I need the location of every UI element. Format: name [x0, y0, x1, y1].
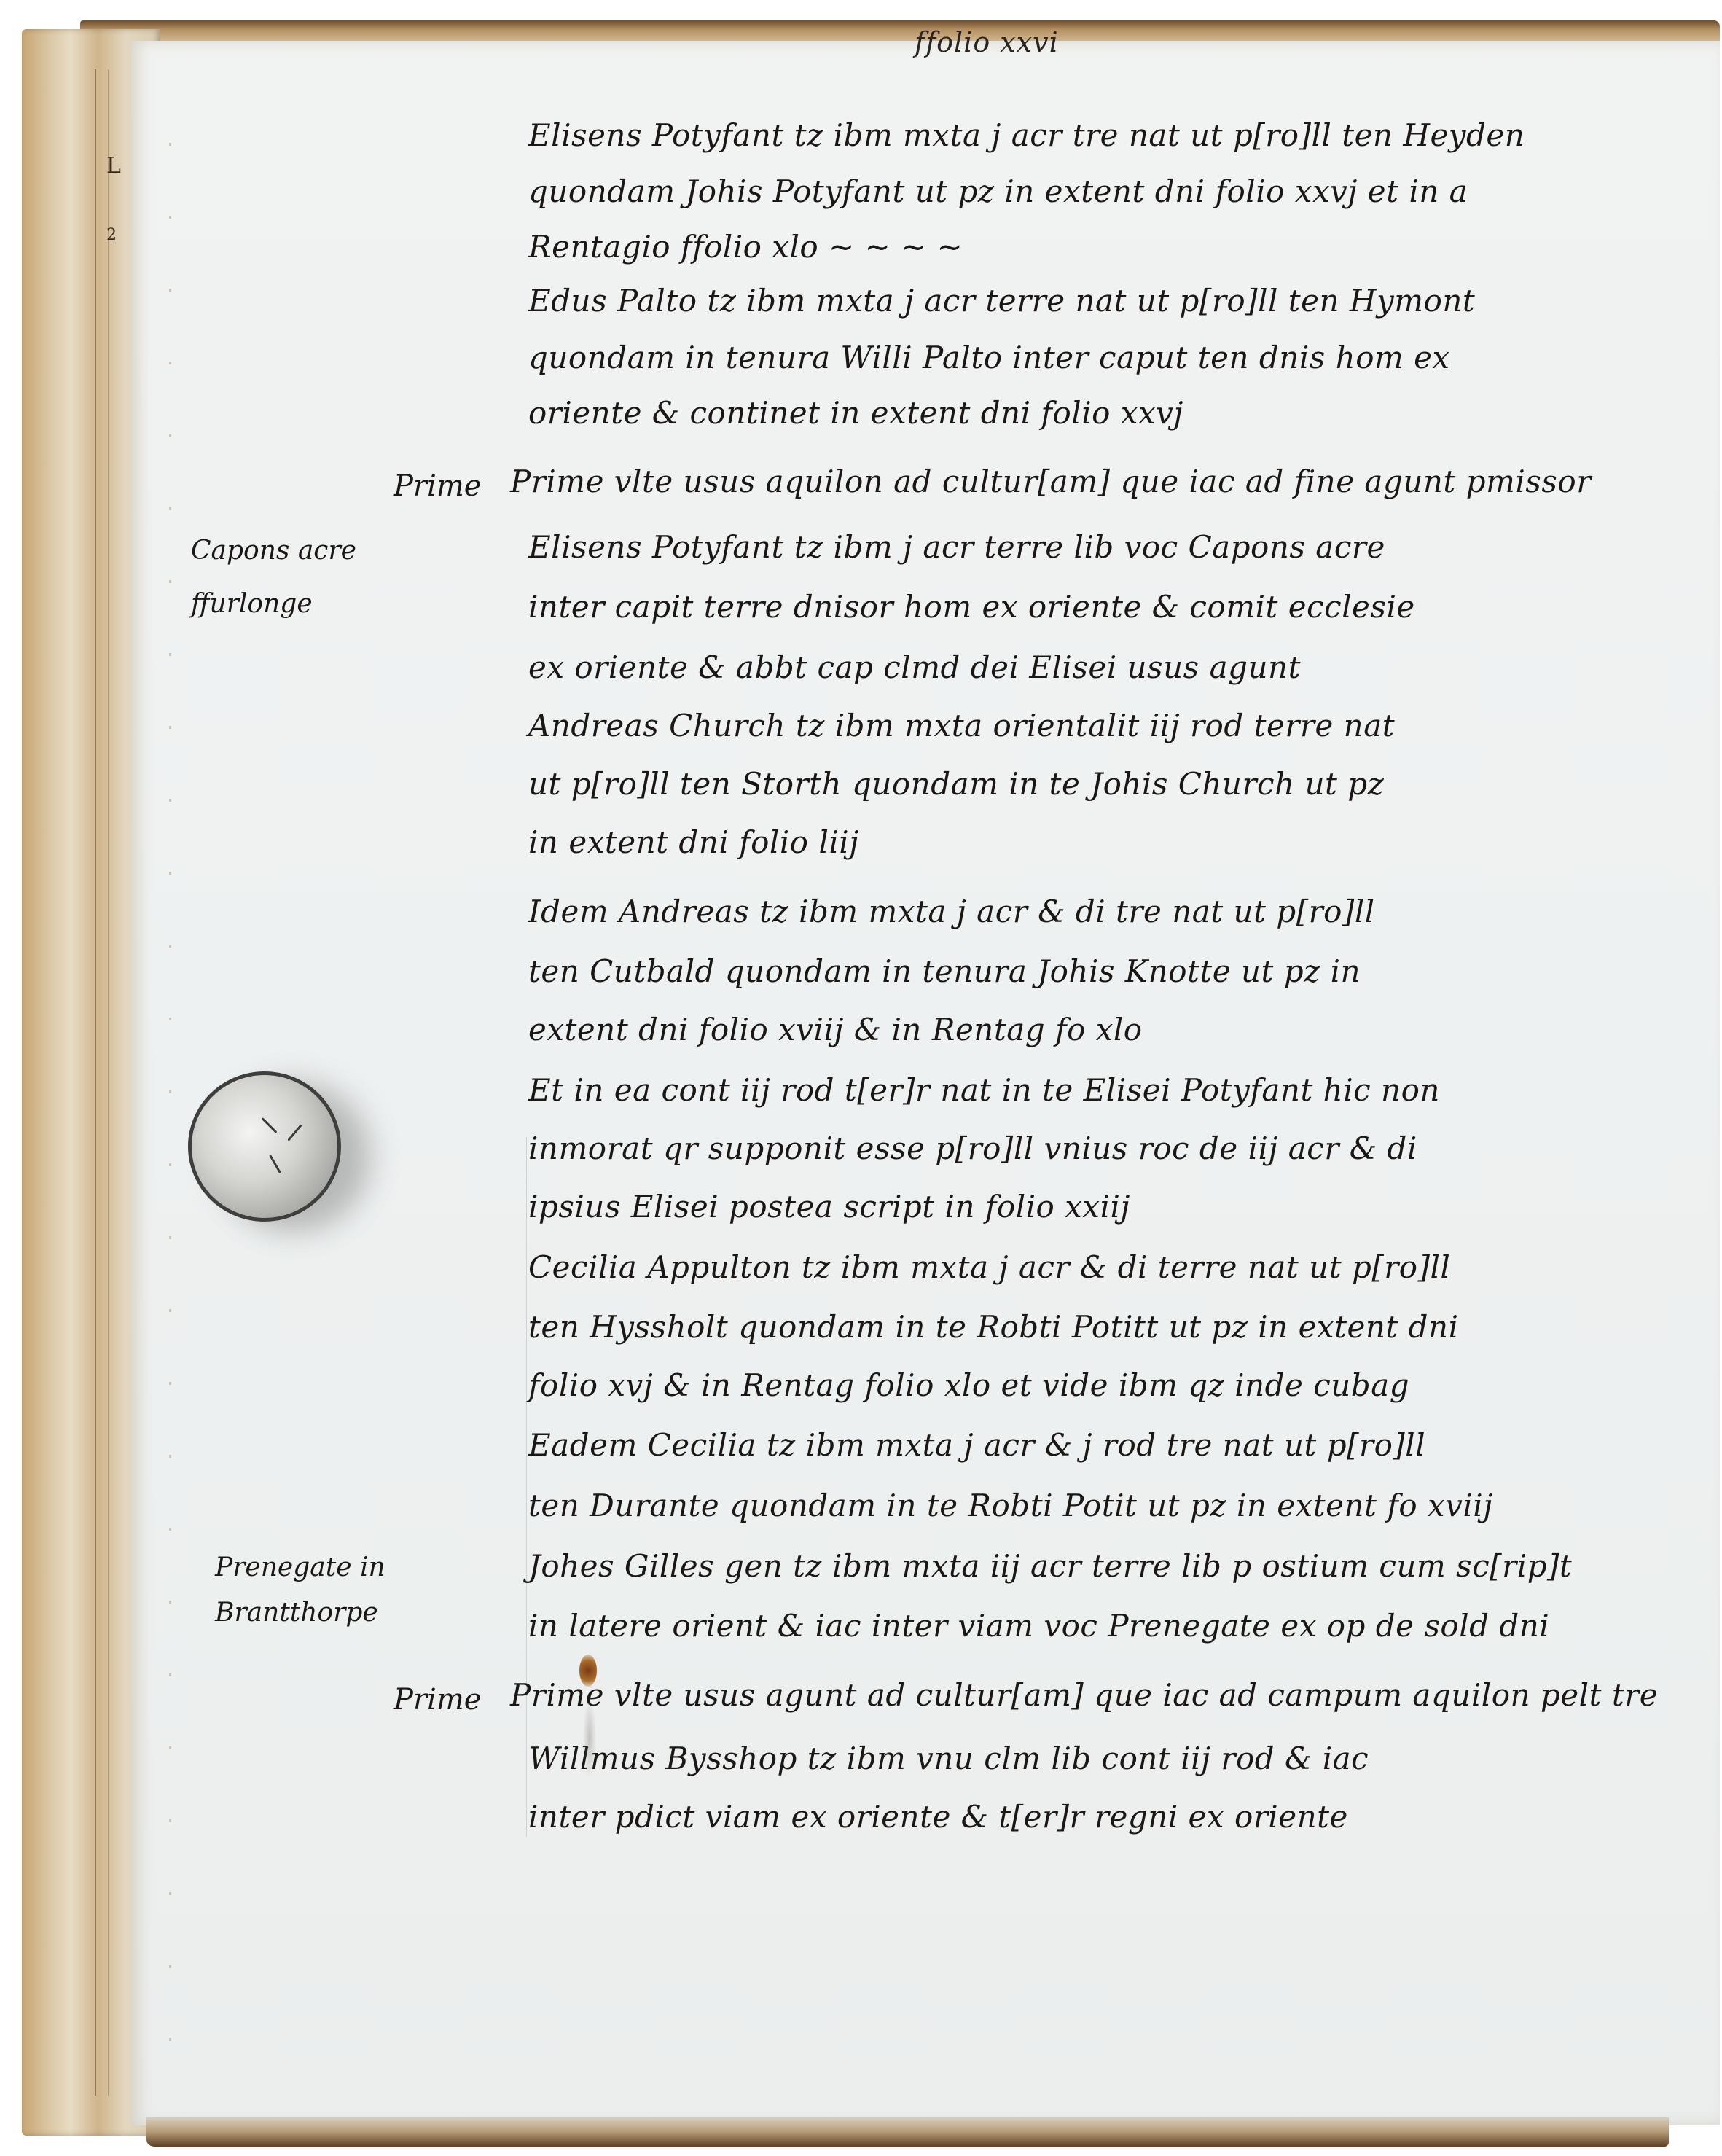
bracket-label: Prime — [394, 469, 481, 503]
smudge — [583, 1698, 596, 1778]
margin-pricking — [169, 73, 171, 2041]
margin-note: Brantthorpe — [215, 1598, 378, 1628]
text-line: Idem Andreas tz ibm mxta j acr & di tre … — [528, 897, 1375, 927]
text-line: Eadem Cecilia tz ibm mxta j acr & j rod … — [528, 1430, 1425, 1461]
text-line: Rentagio ffolio xlo ~ ~ ~ ~ — [528, 232, 963, 262]
text-line: inter capit terre dnisor hom ex oriente … — [528, 592, 1415, 622]
text-line: Cecilia Appulton tz ibm mxta j acr & di … — [528, 1252, 1450, 1283]
folio-number: ffolio xxvi — [915, 26, 1059, 58]
text-line: ten Hyssholt quondam in te Robti Potitt … — [528, 1312, 1459, 1343]
text-line: Johes Gilles gen tz ibm mxta iij acr ter… — [528, 1551, 1572, 1582]
text-line: extent dni folio xviij & in Rentag fo xl… — [528, 1015, 1143, 1045]
text-line: quondam Johis Potyfant ut pz in extent d… — [528, 176, 1468, 207]
seal-mark — [269, 1155, 281, 1173]
text-line: Prime vlte usus aquilon ad cultur[am] qu… — [510, 466, 1592, 497]
text-line: Willmus Bysshop tz ibm vnu clm lib cont … — [528, 1743, 1369, 1774]
text-line: ex oriente & abbt cap clmd dei Elisei us… — [528, 652, 1301, 683]
seal-icon — [188, 1071, 341, 1222]
text-line: Elisens Potyfant tz ibm j acr terre lib … — [528, 532, 1385, 563]
text-line: ipsius Elisei postea script in folio xxi… — [528, 1192, 1130, 1222]
margin-note: Prenegate in — [215, 1552, 386, 1582]
text-line: ut p[ro]ll ten Storth quondam in te Johi… — [528, 769, 1384, 800]
margin-note: ffurlonge — [191, 589, 313, 619]
text-line: ten Durante quondam in te Robti Potit ut… — [528, 1491, 1493, 1521]
text-line: ten Cutbald quondam in tenura Johis Knot… — [528, 956, 1361, 987]
seal-mark — [262, 1117, 278, 1133]
text-line: Et in ea cont iij rod t[er]r nat in te E… — [528, 1075, 1440, 1106]
text-ruling-line — [526, 1137, 527, 1837]
marginal-bracket: Prime — [394, 1669, 481, 1720]
bracket-label: Prime — [394, 1683, 481, 1716]
binding-fold — [95, 69, 109, 2096]
page-bottom-edge — [146, 2117, 1669, 2147]
marginal-bracket: Prime — [394, 456, 481, 507]
seal-mark — [287, 1124, 302, 1141]
ink-stain — [579, 1655, 597, 1687]
spine-mark: 2 — [106, 226, 117, 244]
text-line: folio xvj & in Rentag folio xlo et vide … — [528, 1370, 1409, 1401]
text-line: Prime vlte usus agunt ad cultur[am] que … — [510, 1680, 1658, 1711]
text-line: quondam in tenura Willi Palto inter capu… — [528, 343, 1450, 373]
text-line: in latere orient & iac inter viam voc Pr… — [528, 1611, 1549, 1641]
spine-mark: L — [106, 153, 121, 179]
text-line: Edus Palto tz ibm mxta j acr terre nat u… — [528, 286, 1475, 316]
text-line: inter pdict viam ex oriente & t[er]r reg… — [528, 1802, 1348, 1832]
text-line: inmorat qr supponit esse p[ro]ll vnius r… — [528, 1133, 1417, 1164]
text-line: Andreas Church tz ibm mxta orientalit ii… — [528, 711, 1395, 741]
text-line: Elisens Potyfant tz ibm mxta j acr tre n… — [528, 120, 1525, 151]
text-line: oriente & continet in extent dni folio x… — [528, 398, 1183, 429]
text-line: in extent dni folio liij — [528, 827, 859, 858]
margin-note: Capons acre — [191, 536, 356, 566]
